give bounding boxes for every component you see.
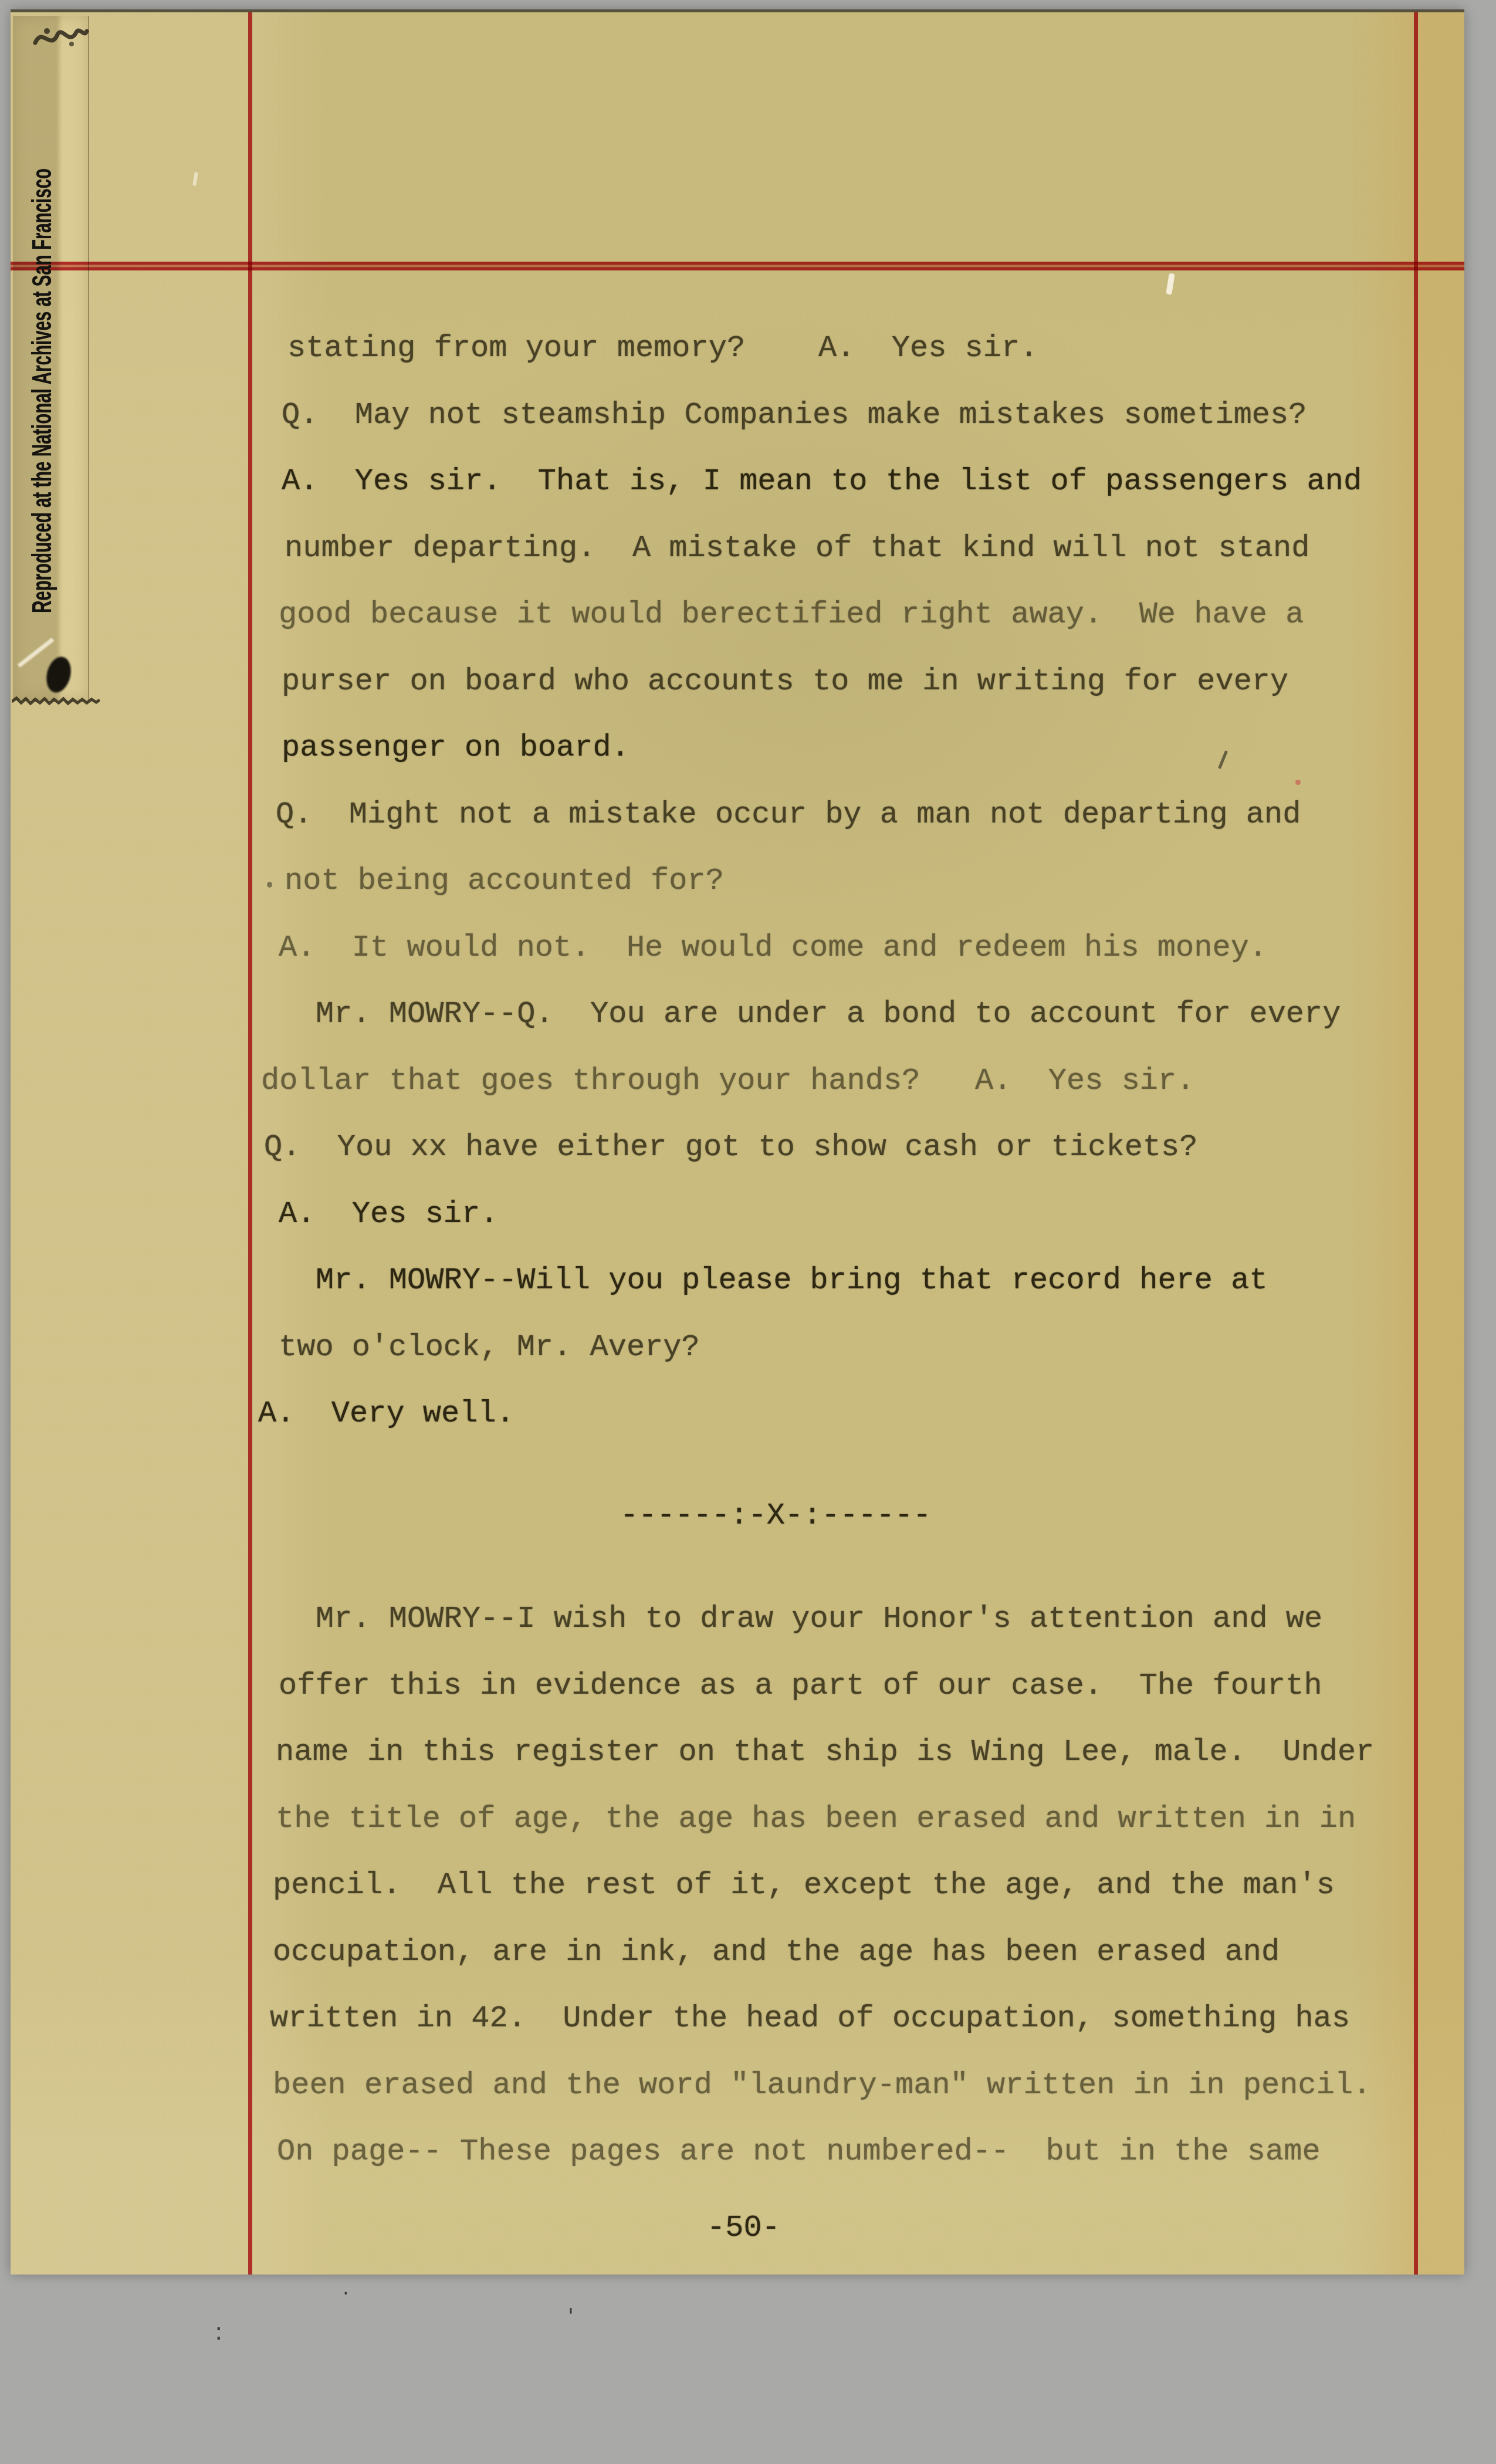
typed-line: pencil. All the rest of it, except the a…	[273, 1852, 1449, 1919]
typed-line: Q. You xx have either got to show cash o…	[264, 1114, 1449, 1181]
scanner-speck: '	[568, 2304, 574, 2328]
typed-line: been erased and the word "laundry-man" w…	[273, 2052, 1449, 2119]
scanner-speck: .	[343, 2276, 349, 2300]
ink-scribble-mark	[31, 21, 89, 56]
typed-line: name in this register on that ship is Wi…	[276, 1719, 1449, 1786]
typed-line: A. Very well.	[258, 1380, 1449, 1447]
typed-line: dollar that goes through your hands? A. …	[261, 1048, 1449, 1115]
torn-tape-edge	[12, 696, 100, 707]
ruled-line-left-margin	[248, 12, 252, 2275]
typed-line: A. It would not. He would come and redee…	[279, 915, 1449, 981]
typed-line: good because it would berectified right …	[279, 581, 1449, 648]
typed-line: Mr. MOWRY--Q. You are under a bond to ac…	[316, 981, 1449, 1048]
typed-line: stating from your memory? A. Yes sir.	[287, 315, 1449, 382]
typed-line: A. Yes sir. That is, I mean to the list …	[282, 448, 1449, 515]
typed-line: the title of age, the age has been erase…	[276, 1786, 1449, 1853]
scanned-document-page: Reproduced at the National Archives at S…	[0, 0, 1496, 2464]
ruled-line-horizontal	[11, 262, 1464, 270]
typed-line: On page-- These pages are not numbered--…	[277, 2118, 1449, 2185]
typed-line: two o'clock, Mr. Avery?	[279, 1314, 1449, 1381]
archive-stamp-text: Reproduced at the National Archives at S…	[26, 87, 57, 613]
stray-ink-dot	[267, 882, 272, 888]
typed-line: Mr. MOWRY--I wish to draw your Honor's a…	[316, 1586, 1449, 1653]
typed-line: written in 42. Under the head of occupat…	[270, 1985, 1449, 2052]
typed-line: purser on board who accounts to me in wr…	[282, 648, 1449, 715]
typed-line: not being accounted for?	[285, 848, 1449, 915]
typed-line: occupation, are in ink, and the age has …	[273, 1919, 1449, 1986]
typed-line: Q. Might not a mistake occur by a man no…	[276, 781, 1449, 848]
typed-line: Q. May not steamship Companies make mist…	[282, 382, 1449, 449]
paper-fleck	[1166, 273, 1175, 295]
typed-line: Mr. MOWRY--Will you please bring that re…	[316, 1247, 1449, 1314]
typed-line: A. Yes sir.	[279, 1181, 1449, 1248]
section-divider: ------:-X-:------	[620, 1483, 1449, 1549]
typed-transcript: stating from your memory? A. Yes sir.Q. …	[287, 315, 1449, 2261]
paper-sheet: Reproduced at the National Archives at S…	[11, 9, 1464, 2275]
paper-fleck-small	[192, 172, 198, 187]
typed-line: passenger on board.	[282, 715, 1449, 781]
typed-line: offer this in evidence as a part of our …	[279, 1653, 1449, 1720]
typed-line: number departing. A mistake of that kind…	[285, 515, 1449, 582]
scanner-speck: :	[215, 2319, 222, 2345]
ink-blot	[43, 654, 75, 695]
page-number: -50-	[707, 2195, 1449, 2262]
